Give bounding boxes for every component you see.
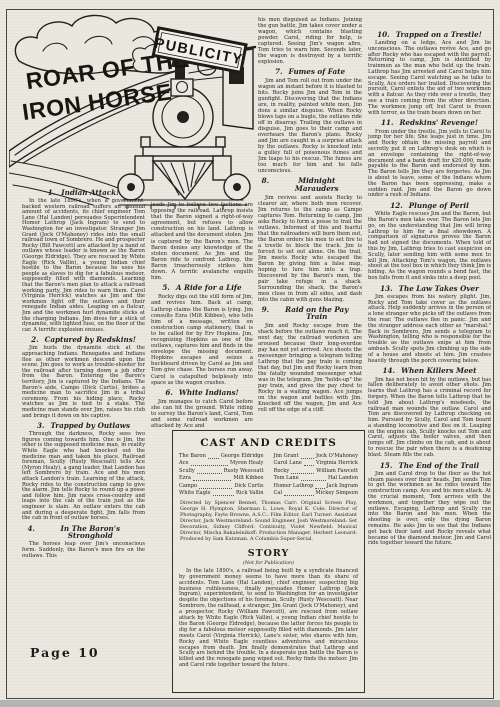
chapter-title: Raid on the Pay Train <box>275 306 358 321</box>
chapter-paragraph: Jim manages to catch Carol before she ca… <box>151 399 253 429</box>
cast-row: ScullyRusty Wescoatt <box>179 468 264 475</box>
chapter-title: Fumes of Fate <box>288 68 345 76</box>
cast-leader <box>208 458 219 459</box>
chapter-paragraph: Rocky digs out the still form of Jim, an… <box>151 294 253 385</box>
chapter-title: Midnight Marauders <box>275 177 358 192</box>
cast-row: The BaronGeorge Eldridge <box>179 453 264 460</box>
chapter-paragraph: his men disguised as Indians. Joining th… <box>258 17 362 65</box>
cast-row: EzraMilt Kibbee <box>179 475 264 482</box>
cast-actor: Mickey Simpson <box>316 490 358 497</box>
chapter-heading: 13.The Law Takes Over <box>368 285 491 293</box>
cast-row: CalMickey Simpson <box>274 490 359 497</box>
chapter-heading: 8.Midnight Marauders <box>258 177 362 192</box>
column-2: leads Jim to believe two factions are op… <box>151 202 253 430</box>
cast-role: Tom Lane <box>274 475 299 482</box>
column-4: 10.Trapped on a Trestle!Landing on a led… <box>368 28 491 692</box>
cast-actor: Jack Ingram <box>327 483 359 490</box>
cast-row: Jim GrantJock O'Mahoney <box>274 453 359 460</box>
cast-actor: William Fawcett <box>316 468 358 475</box>
chapter-paragraph: The horses leap over Jim's unconscious f… <box>22 542 145 559</box>
chapter-paragraph: White Eagle rescues Jim and the Baron, b… <box>368 212 491 282</box>
cast-role: Ezra <box>179 475 191 482</box>
cast-row: AceMyron Healy <box>179 460 264 467</box>
chapter-title: Captured by Redskins! <box>45 336 136 344</box>
chapter-number: 14. <box>383 367 396 375</box>
chapter-number: 9. <box>262 306 270 321</box>
cast-row: CampoDick Curtis <box>179 483 264 490</box>
cast-actor: Rick Vallin <box>236 490 263 497</box>
chapter-number: 4. <box>28 525 36 540</box>
chapter-paragraph: Jim revives and assists Rocky to clearer… <box>258 195 362 303</box>
chapter-number: 3. <box>37 422 45 430</box>
column-1: 1.Indian Attack!In the late 1890's, when… <box>22 186 145 642</box>
chapter-title: The Law Takes Over <box>399 285 479 293</box>
cast-row: Carol LaneVirginia Herrick <box>274 460 359 467</box>
cast-leader <box>304 465 314 466</box>
chapter-paragraph: Jim hurls the dynamite stick at the appr… <box>22 346 145 419</box>
cast-actor: Jock O'Mahoney <box>316 453 358 460</box>
cast-row: Homer LathropJack Ingram <box>274 483 359 490</box>
cast-list: The BaronGeorge EldridgeAceMyron HealySc… <box>179 453 358 497</box>
chapter-heading: 11.Redskins' Revenge! <box>368 119 491 127</box>
chapter-title: White Indians! <box>179 389 239 397</box>
cast-role: Carol Lane <box>274 460 302 467</box>
chapter-title: Trapped by Outlaws <box>50 422 130 430</box>
cast-actor: Virginia Herrick <box>316 460 358 467</box>
chapter-number: 15. <box>380 462 393 470</box>
chapter-heading: 6.White Indians! <box>151 389 253 397</box>
chapter-paragraph: Jim and Carol drop to the floor as the h… <box>368 472 491 547</box>
page-number: Page 10 <box>30 645 100 660</box>
cast-left-column: The BaronGeorge EldridgeAceMyron HealySc… <box>179 453 264 497</box>
credits-heading: CAST AND CREDITS <box>179 437 358 449</box>
chapter-paragraph: In the late 1890's, when a government-ba… <box>22 199 145 333</box>
chapter-heading: 9.Raid on the Pay Train <box>258 306 362 321</box>
chapter-number: 7. <box>275 68 283 76</box>
cast-leader <box>301 458 314 459</box>
chapter-heading: 3.Trapped by Outlaws <box>22 422 145 430</box>
cast-role: Scully <box>179 468 195 475</box>
pressbook-page: { "masthead": { "title_line1": "ROAR OF … <box>0 0 500 707</box>
cast-actor: Hal Landon <box>328 475 358 482</box>
chapter-heading: 12.Plunge of Peril <box>368 202 491 210</box>
cast-leader <box>291 473 314 474</box>
chapter-heading: 4.In The Baron's Stronghold <box>22 525 145 540</box>
cast-actor: Dick Curtis <box>234 483 263 490</box>
chapter-paragraph: Through the darkness, Rocky sees two fig… <box>22 432 145 522</box>
scanner-strip <box>0 700 500 707</box>
chapter-title: The End of the Trail <box>398 462 479 470</box>
cast-leader <box>213 495 235 496</box>
chapter-number: 5. <box>162 284 170 292</box>
cast-role: Ace <box>179 460 189 467</box>
chapter-number: 12. <box>390 202 403 210</box>
chapter-heading: 15.The End of the Trail <box>368 462 491 470</box>
cast-leader <box>193 480 232 481</box>
masthead-illustration: ROAR OF THE IRON HORSE PUBLICITY <box>9 11 259 209</box>
chapter-paragraph: From under the trestle, Jim yells to Car… <box>368 130 491 200</box>
story-heading: STORY <box>179 548 358 559</box>
chapter-paragraph: Jim has not been hit by the outlaws, but… <box>368 378 491 459</box>
chapter-paragraph: Jim and Rocky escape from the shack befo… <box>258 323 362 413</box>
cast-leader <box>197 473 222 474</box>
chapter-title: In The Baron's Stronghold <box>41 525 139 540</box>
chapter-title: A Ride for a Life <box>176 284 242 292</box>
chapter-heading: 7.Fumes of Fate <box>258 68 362 76</box>
cast-leader <box>284 495 313 496</box>
cast-row: Tom LaneHal Landon <box>274 475 359 482</box>
cast-leader <box>301 480 326 481</box>
chapter-title: Trapped on a Trestle! <box>396 31 482 39</box>
cast-actor: George Eldridge <box>221 453 264 460</box>
chapter-number: 8. <box>262 177 270 192</box>
chapter-heading: 14.When Killers Meet <box>368 367 491 375</box>
chapter-number: 10. <box>377 31 390 39</box>
cast-leader <box>315 488 324 489</box>
cast-role: White Eagle <box>179 490 211 497</box>
cast-right-column: Jim GrantJock O'MahoneyCarol LaneVirgini… <box>274 453 359 497</box>
chapter-paragraph: Jim escapes from his watery plight. Jim,… <box>368 295 491 365</box>
cast-role: Campo <box>179 483 197 490</box>
story-subheading: (Not for Publication) <box>179 560 358 566</box>
chapter-number: 2. <box>31 336 39 344</box>
credits-box: CAST AND CREDITS The BaronGeorge Eldridg… <box>172 430 365 693</box>
cast-leader <box>191 465 228 466</box>
chapter-heading: 10.Trapped on a Trestle! <box>368 31 491 39</box>
cast-actor: Milt Kibbee <box>233 475 263 482</box>
cast-actor: Myron Healy <box>230 460 264 467</box>
chapter-number: 13. <box>380 285 393 293</box>
cast-row: RockyWilliam Fawcett <box>274 468 359 475</box>
chapter-title: Redskins' Revenge! <box>399 119 478 127</box>
cast-role: Cal <box>274 490 283 497</box>
chapter-number: 11. <box>381 119 394 127</box>
story-text: In the late 1890's, a railroad being bui… <box>179 569 358 669</box>
chapter-title: Indian Attack! <box>61 189 119 197</box>
cast-row: White EagleRick Vallin <box>179 490 264 497</box>
cast-role: Jim Grant <box>274 453 299 460</box>
chapter-heading: 5.A Ride for a Life <box>151 284 253 292</box>
cast-leader <box>199 488 232 489</box>
cast-role: The Baron <box>179 453 206 460</box>
chapter-number: 6. <box>165 389 173 397</box>
chapter-paragraph: Landing on a ledge, Ace and Jim lie unco… <box>368 41 491 116</box>
chapter-title: Plunge of Peril <box>409 202 469 210</box>
cast-actor: Rusty Wescoatt <box>224 468 264 475</box>
chapter-paragraph: leads Jim to believe two factions are op… <box>151 202 253 281</box>
chapter-heading: 1.Indian Attack! <box>22 189 145 197</box>
masthead: ROAR OF THE IRON HORSE PUBLICITY <box>9 11 259 209</box>
chapter-paragraph: Jim and Tom roll out from under the wago… <box>258 78 362 174</box>
column-3: his men disguised as Indians. Joining th… <box>258 17 362 425</box>
cast-role: Homer Lathrop <box>274 483 314 490</box>
chapter-heading: 2.Captured by Redskins! <box>22 336 145 344</box>
cast-role: Rocky <box>274 468 290 475</box>
chapter-number: 1. <box>48 189 56 197</box>
production-credits: Directed by Spencer Bennet, Thomas Carr:… <box>180 501 357 542</box>
chapter-title: When Killers Meet <box>401 367 476 375</box>
